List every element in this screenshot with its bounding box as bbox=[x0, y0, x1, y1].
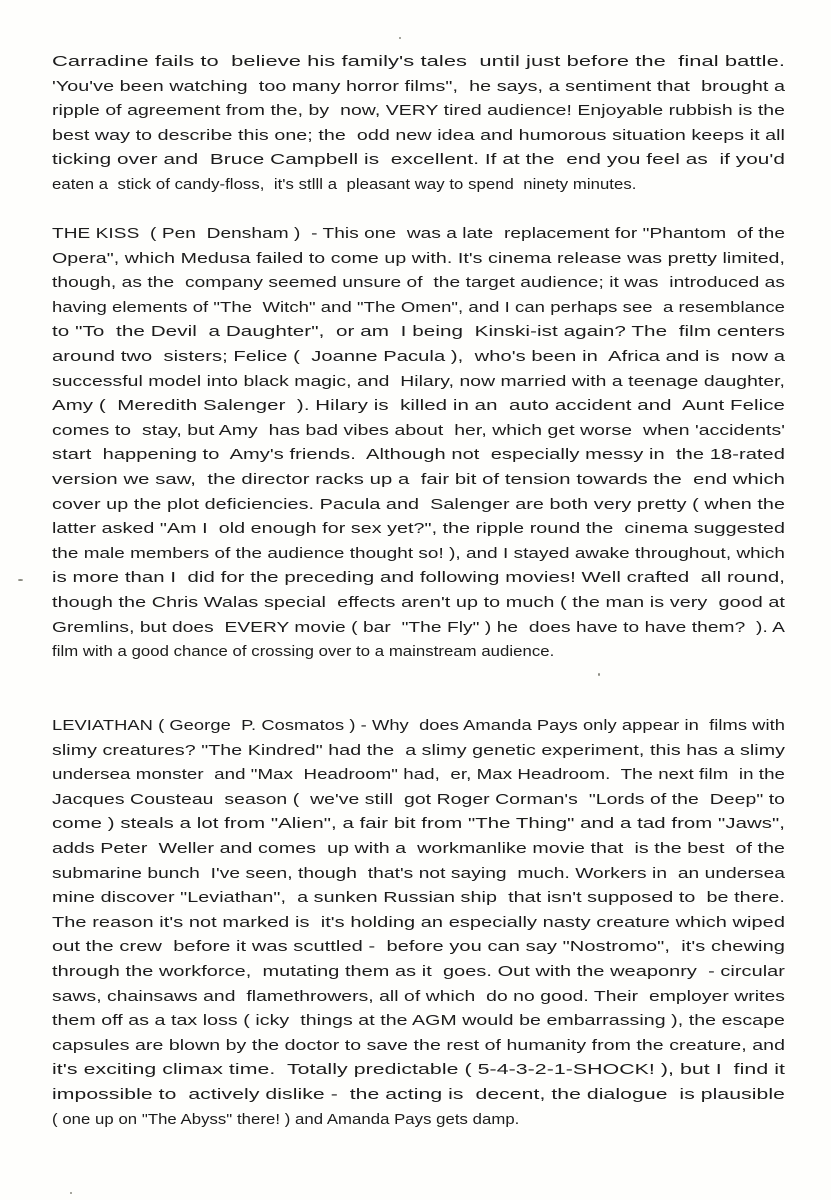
text-line: 'You've been watching too many horror fi… bbox=[52, 75, 785, 100]
text-line: start happening to Amy's friends. Althou… bbox=[52, 443, 785, 468]
text-line: LEVIATHAN ( George P. Cosmatos ) - Why d… bbox=[52, 714, 785, 739]
text-line: best way to describe this one; the odd n… bbox=[52, 124, 785, 149]
text-line: version we saw, the director racks up a … bbox=[52, 468, 785, 493]
scanned-page: Carradine fails to believe his family's … bbox=[0, 0, 831, 1200]
paragraph-leviathan-review: LEVIATHAN ( George P. Cosmatos ) - Why d… bbox=[52, 714, 792, 1132]
text-line: is more than I did for the preceding and… bbox=[52, 566, 785, 591]
text-line: The reason it's not marked is it's holdi… bbox=[52, 911, 785, 936]
text-line: mine discover "Leviathan", a sunken Russ… bbox=[52, 886, 785, 911]
text-line: out the crew before it was scuttled - be… bbox=[52, 935, 785, 960]
text-line: slimy creatures? "The Kindred" had the a… bbox=[52, 739, 785, 764]
scan-speck bbox=[399, 37, 401, 39]
text-line: comes to stay, but Amy has bad vibes abo… bbox=[52, 419, 785, 444]
text-line: successful model into black magic, and H… bbox=[52, 370, 785, 395]
text-line: Amy ( Meredith Salenger ). Hilary is kil… bbox=[52, 394, 785, 419]
text-line: through the workforce, mutating them as … bbox=[52, 960, 785, 985]
text-line: latter asked "Am I old enough for sex ye… bbox=[52, 517, 785, 542]
text-line: undersea monster and "Max Headroom" had,… bbox=[52, 763, 785, 788]
text-line: adds Peter Weller and comes up with a wo… bbox=[52, 837, 785, 862]
text-line: ripple of agreement from the, by now, VE… bbox=[52, 99, 785, 124]
text-line: having elements of "The Witch" and "The … bbox=[52, 296, 785, 321]
text-line: Opera", which Medusa failed to come up w… bbox=[52, 247, 785, 272]
text-line: Carradine fails to believe his family's … bbox=[52, 50, 785, 75]
text-line: saws, chainsaws and flamethrowers, all o… bbox=[52, 985, 785, 1010]
text-line: around two sisters; Felice ( Joanne Pacu… bbox=[52, 345, 785, 370]
paragraph-the-kiss-review: THE KISS ( Pen Densham ) - This one was … bbox=[52, 222, 792, 665]
text-line: Jacques Cousteau season ( we've still go… bbox=[52, 788, 785, 813]
text-line: ticking over and Bruce Campbell is excel… bbox=[52, 148, 785, 173]
text-line: though the Chris Walas special effects a… bbox=[52, 591, 785, 616]
text-line: the male members of the audience thought… bbox=[52, 542, 785, 567]
text-line: come ) steals a lot from "Alien", a fair… bbox=[52, 812, 785, 837]
text-line: cover up the plot deficiencies. Pacula a… bbox=[52, 493, 785, 518]
text-line: them off as a tax loss ( icky things at … bbox=[52, 1009, 785, 1034]
scan-speck bbox=[18, 579, 23, 581]
text-line: ( one up on "The Abyss" there! ) and Ama… bbox=[52, 1108, 792, 1133]
paragraph-carradine-continued: Carradine fails to believe his family's … bbox=[52, 50, 792, 198]
text-line: film with a good chance of crossing over… bbox=[52, 640, 792, 665]
text-line: it's exciting climax time. Totally predi… bbox=[52, 1058, 785, 1083]
text-line: submarine bunch I've seen, though that's… bbox=[52, 862, 785, 887]
text-line: Gremlins, but does EVERY movie ( bar "Th… bbox=[52, 616, 785, 641]
text-line: eaten a stick of candy-floss, it's stlll… bbox=[52, 173, 792, 198]
text-line: capsules are blown by the doctor to save… bbox=[52, 1034, 785, 1059]
scan-speck bbox=[598, 673, 600, 676]
text-line: though, as the company seemed unsure of … bbox=[52, 271, 785, 296]
text-line: THE KISS ( Pen Densham ) - This one was … bbox=[52, 222, 785, 247]
scan-speck bbox=[70, 1192, 72, 1194]
text-line: impossible to actively dislike - the act… bbox=[52, 1083, 785, 1108]
text-line: to "To the Devil a Daughter", or am I be… bbox=[52, 320, 785, 345]
